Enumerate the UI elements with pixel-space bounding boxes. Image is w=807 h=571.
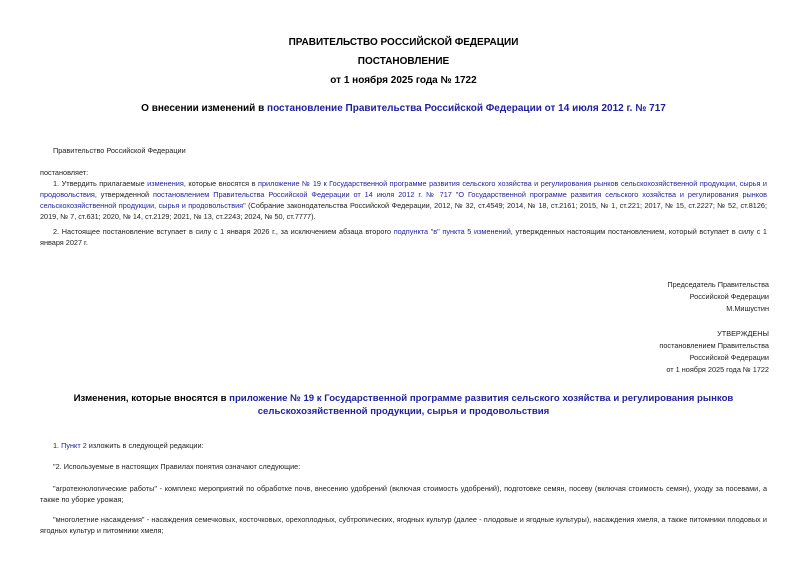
changes-link[interactable]: изменения bbox=[147, 179, 184, 188]
title-prefix: О внесении изменений в bbox=[141, 103, 267, 114]
title-link[interactable]: постановление Правительства Российской Ф… bbox=[267, 103, 666, 114]
decrees-label: постановляет: bbox=[40, 167, 88, 178]
item-2-paragraph: 2. Настоящее постановление вступает в си… bbox=[40, 226, 767, 248]
definition-agrotech: "агротехнологические работы" - комплекс … bbox=[40, 483, 767, 505]
approved-org: Российской Федерации bbox=[659, 352, 769, 364]
changes-title: Изменения, которые вносятся в приложение… bbox=[40, 392, 767, 418]
government-heading: ПРАВИТЕЛЬСТВО РОССИЙСКОЙ ФЕДЕРАЦИИ bbox=[0, 37, 807, 48]
document-title: О внесении изменений в постановление Пра… bbox=[0, 103, 807, 114]
approved-label: УТВЕРЖДЕНЫ bbox=[659, 328, 769, 340]
clause-2-link[interactable]: Пункт 2 bbox=[61, 441, 87, 450]
quote-intro: "2. Используемые в настоящих Правилах по… bbox=[53, 461, 300, 472]
subclause-link[interactable]: подпункта "в" пункта 5 изменений bbox=[394, 227, 511, 236]
signature-name: М.Мишустин bbox=[667, 303, 769, 315]
item-1-paragraph: 1. Утвердить прилагаемые изменения, кото… bbox=[40, 178, 767, 222]
signature-org: Российской Федерации bbox=[667, 291, 769, 303]
date-number: от 1 ноября 2025 года № 1722 bbox=[0, 75, 807, 86]
changes-appendix-link[interactable]: приложение № 19 к Государственной програ… bbox=[229, 393, 733, 417]
approved-date: от 1 ноября 2025 года № 1722 bbox=[659, 364, 769, 376]
issuer: Правительство Российской Федерации bbox=[53, 145, 186, 156]
approved-by: постановлением Правительства bbox=[659, 340, 769, 352]
definition-perennial: "многолетние насаждения" - насаждения се… bbox=[40, 514, 767, 536]
approved-block: УТВЕРЖДЕНЫ постановлением Правительства … bbox=[659, 328, 769, 376]
changes-item-1: 1. Пункт 2 изложить в следующей редакции… bbox=[53, 440, 204, 451]
signature-block: Председатель Правительства Российской Фе… bbox=[667, 279, 769, 315]
doc-type-heading: ПОСТАНОВЛЕНИЕ bbox=[0, 56, 807, 67]
signature-position: Председатель Правительства bbox=[667, 279, 769, 291]
